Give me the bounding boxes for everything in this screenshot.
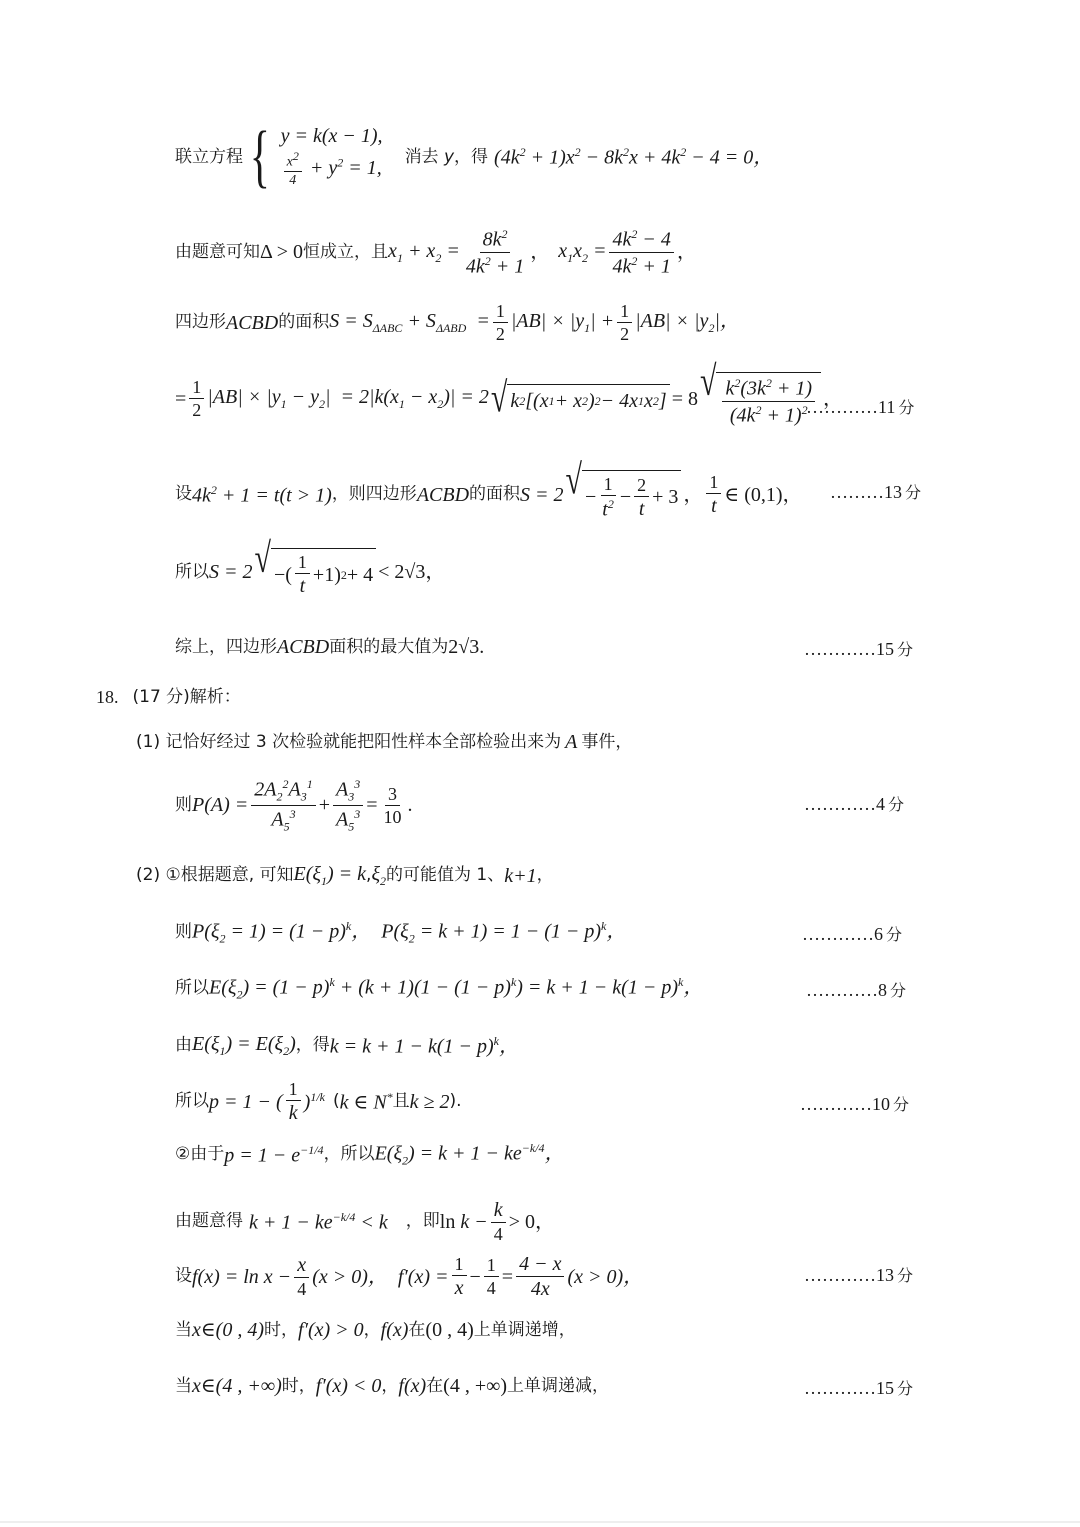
part1-result: 则 P(A) = 2A22A31A53 + A33A53 = 310 . — [175, 778, 412, 832]
score-15a: …………15分 — [804, 637, 913, 660]
text-lianli: 联立方程 — [175, 149, 243, 166]
text-always: 恒成立，且 — [303, 244, 388, 261]
area-sum: S = SΔABC + SΔABD = — [329, 311, 490, 334]
part2-expectation: 所以 E(ξ2) = (1 − p)k + (k + 1)(1 − (1 − p… — [175, 976, 703, 1001]
sqrt-vieta: √k2[(x1 + x2)2 − 4x1x2] — [491, 384, 670, 414]
part1-intro: (1) 记恰好经过 3 次检验就能把阳性样本全部检验出来为 A 事件， — [136, 732, 632, 752]
sqrt-bound: √−(1t+1)2 + 4 — [255, 548, 377, 596]
text-eliminate: 消去 y，得 — [405, 149, 488, 166]
part2-intro: (2) ①根据题意, 可知 E(ξ1) = k , ξ2 的可能值为 1、 k+… — [136, 864, 554, 887]
text-quadrilateral: 四边形 — [175, 314, 226, 331]
substitution: 4k2 + 1 = t(t > 1) — [192, 484, 332, 506]
score-8: …………8分 — [806, 978, 906, 1001]
score-4: …………4分 — [804, 792, 904, 815]
part2b-inequality: 由题意得 k + 1 − ke−k/4 < k ，即 ln k − k4 > 0… — [175, 1200, 555, 1243]
solution-page: 联立方程 { y = k(x − 1), x24 + y2 = 1, 消去 y，… — [0, 0, 1080, 1527]
sqrt-final: √k2(3k2 + 1)(4k2 + 1)2 — [700, 372, 821, 425]
part2b-decreasing: 当 x∈(4 , +∞) 时， f′(x) < 0 ， f(x) 在 (4 , … — [175, 1376, 609, 1396]
delta-condition: Δ > 0 — [260, 242, 303, 262]
left-brace-icon: { — [250, 122, 270, 192]
area-terms: |AB| × |y1| + — [511, 311, 614, 334]
sum-fraction: 8k24k2 + 1 — [463, 228, 527, 276]
sum-of-roots: x1 + x2 = — [388, 241, 460, 264]
system-equation-line: 联立方程 { y = k(x − 1), x24 + y2 = 1, 消去 y，… — [175, 122, 773, 192]
score-15b: …………15分 — [804, 1376, 913, 1399]
sqrt-t: √−1t2−2t+ 3 — [566, 470, 682, 520]
score-13b: …………13分 — [804, 1263, 913, 1286]
text-area-of: 的面积 — [278, 314, 329, 331]
equation-system: y = k(x − 1), x24 + y2 = 1, — [281, 126, 383, 189]
substitution-line: 设 4k2 + 1 = t(t > 1) ，则四边形 ACBD 的面积 S = … — [175, 470, 803, 520]
score-6: …………6分 — [802, 922, 902, 945]
product-fraction: 4k2 − 44k2 + 1 — [609, 228, 673, 276]
text-delta: 由题意可知 — [175, 244, 260, 261]
problem-18-header: 18. (17 分)解析： — [96, 688, 241, 706]
quad-name: ACBD — [226, 313, 278, 333]
part2-probs: 则 P(ξ2 = 1) = (1 − p)k， P(ξ2 = k + 1) = … — [175, 920, 626, 945]
part2b-intro: ②由于 p = 1 − e−1/4 ，所以 E(ξ2) = k + 1 − ke… — [175, 1142, 565, 1167]
part2-p-result: 所以 p = 1 − ( 1k )1/k ( k ∈ N* 且 k ≥ 2 ). — [175, 1080, 462, 1123]
product-of-roots: x1x2 = — [558, 241, 606, 264]
page-bottom-divider — [0, 1521, 1080, 1523]
part2-equate: 由 E(ξ1) = E(ξ2) ，得 k = k + 1 − k(1 − p)k… — [175, 1034, 519, 1057]
area-line: 四边形 ACBD 的面积 S = SΔABC + SΔABD = 12 |AB|… — [175, 302, 740, 343]
equation-line: y = k(x − 1), — [281, 126, 383, 146]
area-step1: |AB| × |y1 − y2| = 2|k(x1 − x2)| = 2 — [207, 387, 489, 410]
score-10: …………10分 — [800, 1092, 909, 1115]
part2b-increasing: 当 x∈(0 , 4) 时， f′(x) > 0 ， f(x) 在 (0 , 4… — [175, 1320, 576, 1340]
bound-line: 所以 S = 2 √−(1t+1)2 + 4 < 2√3， — [175, 548, 445, 596]
area-derivation-line: = 12 |AB| × |y1 − y2| = 2|k(x1 − x2)| = … — [175, 372, 843, 425]
part2b-function: 设 f(x) = ln x − x4 (x > 0)， f′(x) = 1x −… — [175, 1254, 643, 1299]
conclusion-line: 综上，四边形 ACBD 面积的最大值为 2√3. — [175, 637, 484, 657]
vieta-line: 由题意可知 Δ > 0 恒成立，且 x1 + x2 = 8k24k2 + 1 ，… — [175, 228, 697, 276]
ellipse-equation: x24 + y2 = 1, — [281, 150, 383, 189]
score-11: …………11分 — [806, 395, 914, 418]
score-13a: ………13分 — [830, 480, 921, 503]
quadratic-result: (4k2 + 1)x2 − 8k2x + 4k2 − 4 = 0， — [494, 146, 773, 168]
